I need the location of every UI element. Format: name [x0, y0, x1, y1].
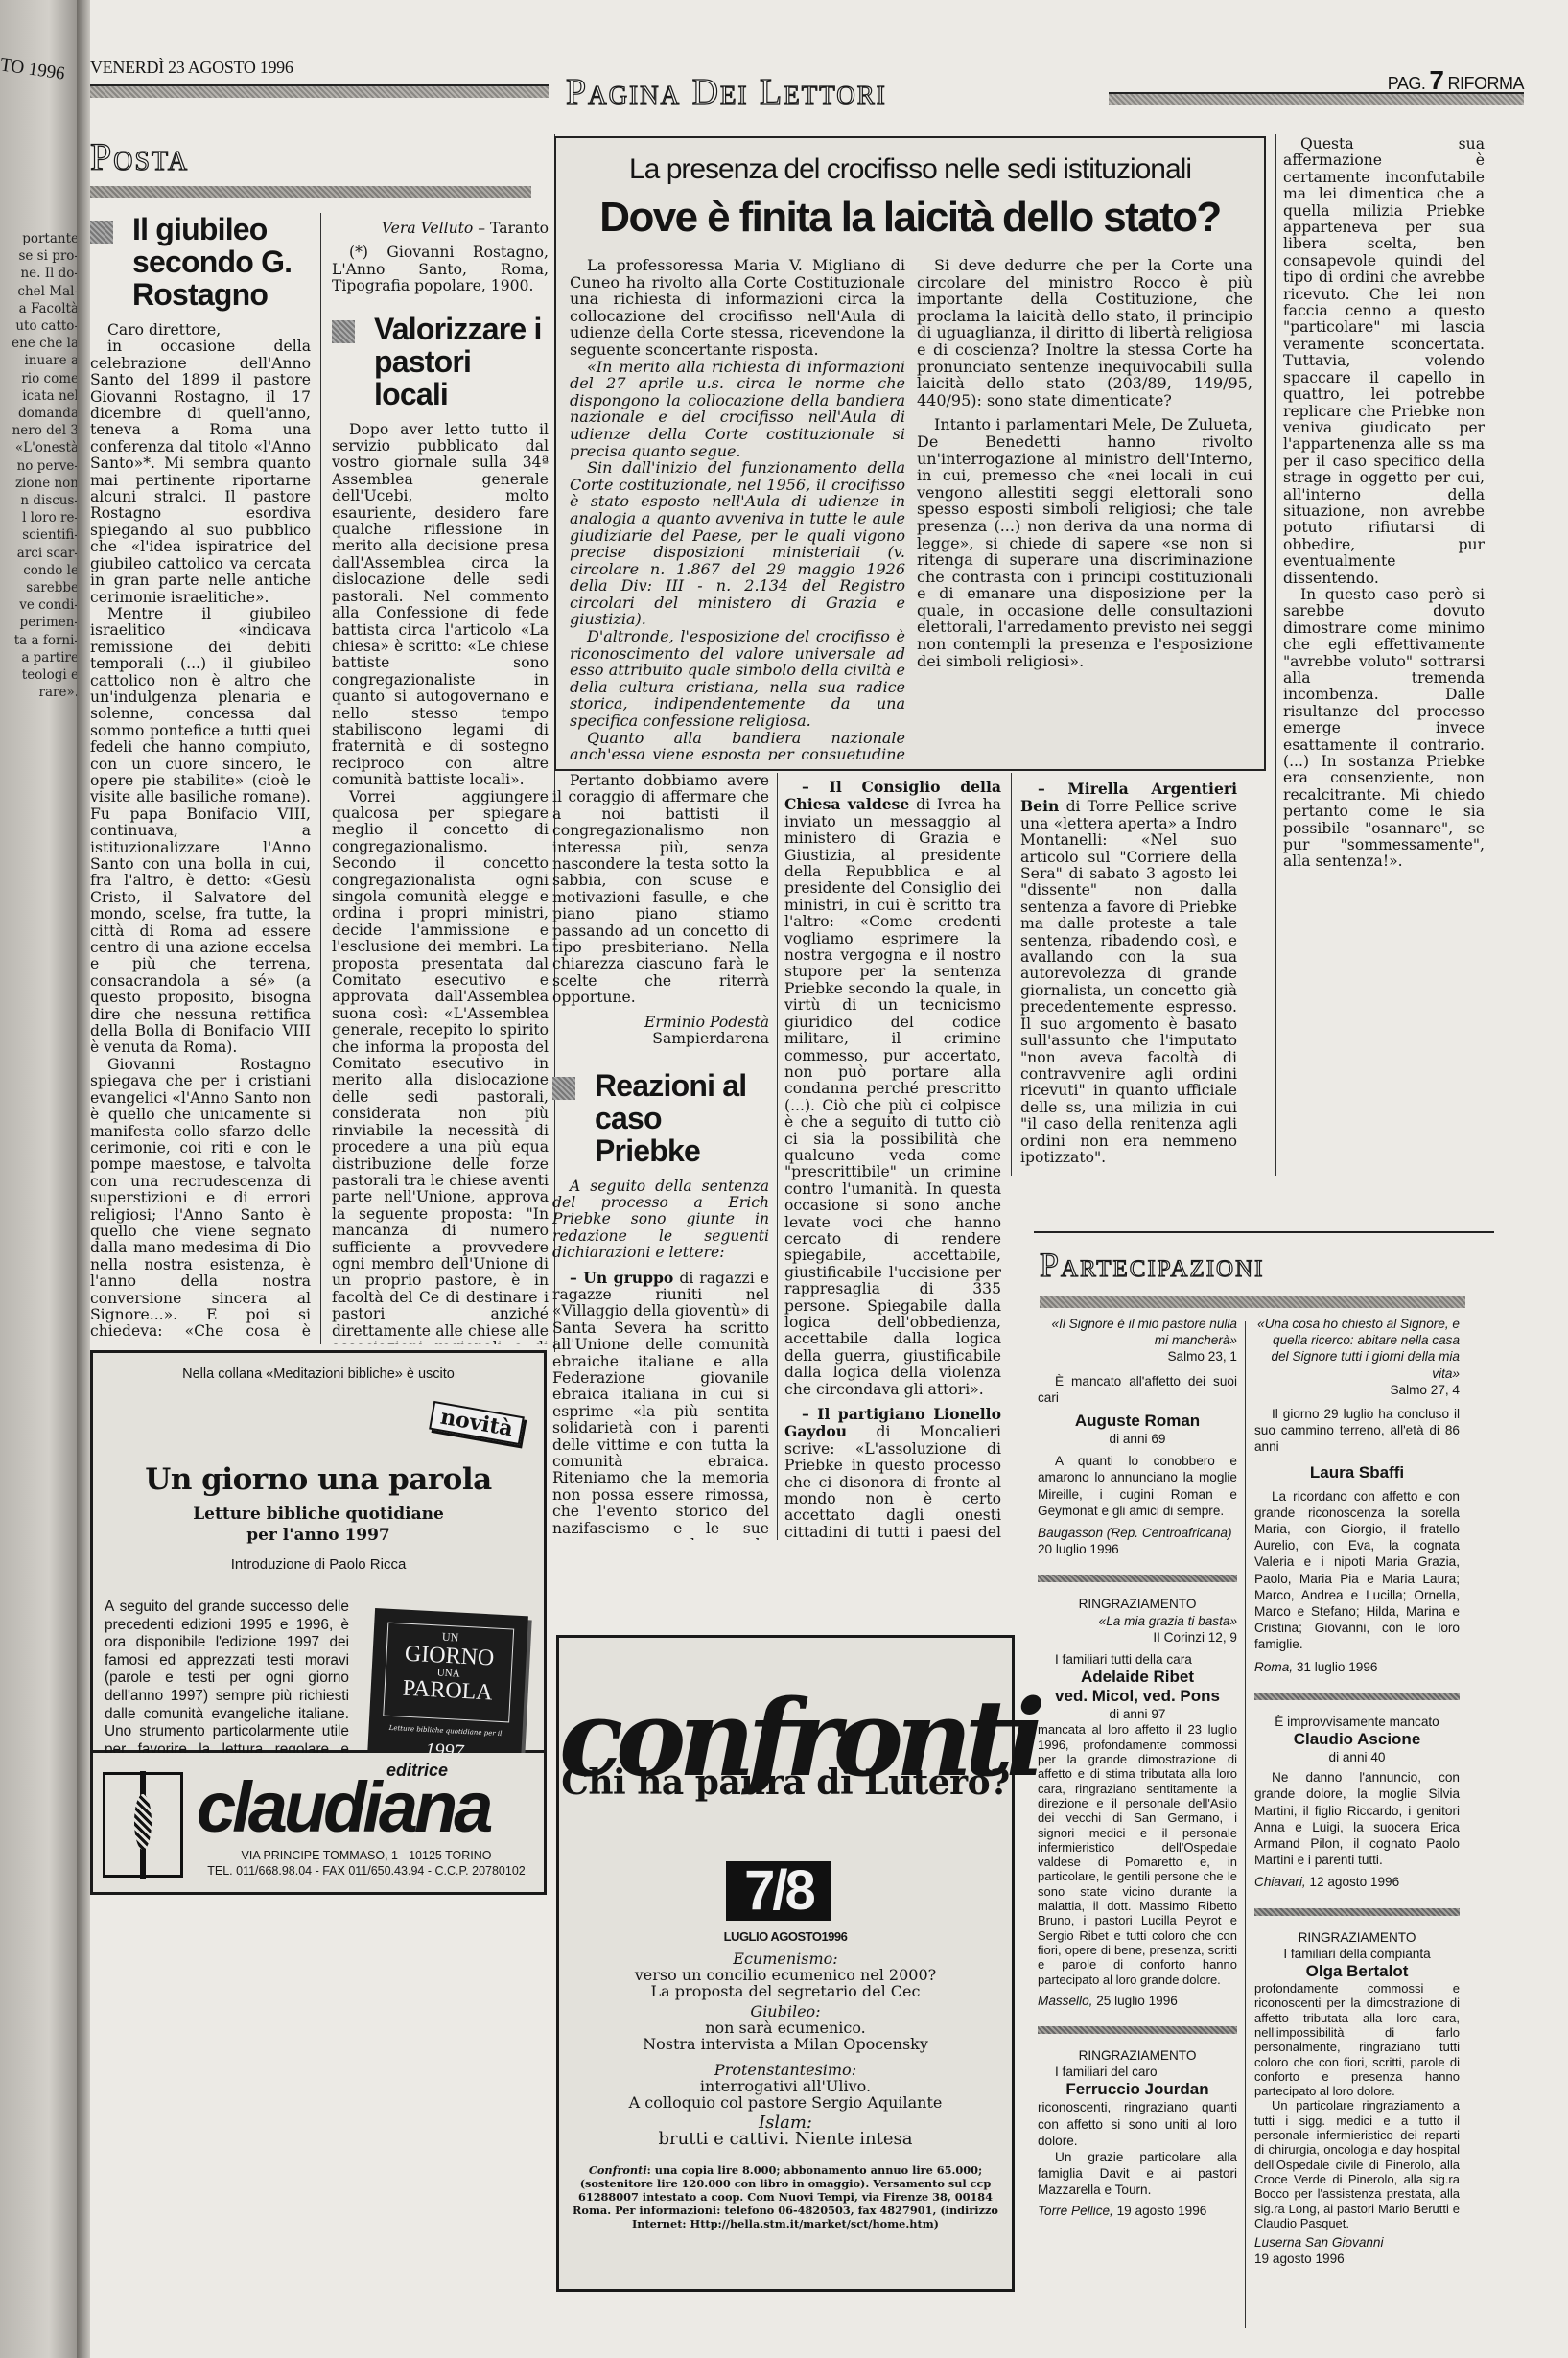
page-section-title: Pagina Dei Lettori	[566, 71, 887, 113]
column-divider	[1275, 134, 1276, 1176]
notice-divider	[1038, 2026, 1237, 2034]
column-divider	[1245, 1321, 1246, 2328]
feature-kicker: La presenza del crocifisso nelle sedi is…	[556, 153, 1264, 186]
section-divider	[1034, 1231, 1494, 1233]
notice-place: Luserna San Giovanni	[1254, 2234, 1460, 2251]
confronti-advertisement-lower: Protenstantesimo: interrogativi all'Uliv…	[556, 2062, 1015, 2292]
letter-headline: Il giubileo secondo G. Rostagno	[90, 213, 311, 311]
square-bullet-icon	[332, 320, 355, 343]
notice-name: Ferruccio Jourdan	[1038, 2080, 1237, 2099]
priebke-item: – Mirella Argentieri Bein di Torre Pelli…	[1020, 781, 1237, 1166]
partecipazioni-rule	[1040, 1296, 1465, 1308]
posta-rule	[90, 186, 531, 198]
ad-intro: Nella collana «Meditazioni bibliche» è u…	[93, 1366, 544, 1382]
letter-paragraph: Pertanto dobbiamo avere il coraggio di a…	[552, 773, 769, 1007]
priebke-continuation: Questa sua affermazione è certamente inc…	[1283, 136, 1485, 587]
letter-headline: Valorizzare i pastori locali	[332, 313, 549, 410]
notice-quote: «Il Signore è il mio pastore nulla mi ma…	[1038, 1316, 1237, 1348]
priebke-column-1: Pertanto dobbiamo avere il coraggio di a…	[552, 773, 769, 1540]
notice-name: Olga Bertalot	[1254, 1962, 1460, 1981]
priebke-intro: A seguito della sentenza del processo a …	[552, 1179, 769, 1262]
notice-text: riconoscenti, ringraziano quanti con aff…	[1038, 2099, 1237, 2149]
letter-signature: Erminio PodestàSampierdarena	[552, 1015, 769, 1048]
notice-place: Baugasson (Rep. Centroafricana)	[1038, 1525, 1237, 1541]
newspaper-page: VENERDÌ 23 AGOSTO 1996 Pagina Dei Lettor…	[90, 0, 1568, 2358]
page-tag: PAG.7RIFORMA	[1388, 65, 1524, 96]
letter-salutation: Caro direttore,	[90, 322, 311, 339]
previous-page-date: TO 1996	[0, 55, 66, 84]
notice-heading: RINGRAZIAMENTO	[1038, 1596, 1237, 1612]
notice-quote: «Una cosa ho chiesto al Signore, e quell…	[1254, 1316, 1460, 1382]
notice-heading: RINGRAZIAMENTO	[1038, 2047, 1237, 2064]
letter-signature: Vera Velluto – Taranto	[332, 221, 549, 237]
notice-lead: Il giorno 29 luglio ha concluso il suo c…	[1254, 1406, 1460, 1456]
feature-article-box: La presenza del crocifisso nelle sedi is…	[554, 136, 1266, 771]
notice-date: 19 agosto 1996	[1254, 2251, 1460, 2267]
partecipazioni-column-left: «Il Signore è il mio pastore nulla mi ma…	[1038, 1316, 1237, 2219]
publisher-address: VIA PRINCIPE TOMMASO, 1 - 10125 TORINO	[189, 1849, 544, 1862]
notice-text: A quanti lo conobbero e amarono lo annun…	[1038, 1453, 1237, 1519]
notice-lead: È improvvisamente mancato	[1254, 1714, 1460, 1730]
previous-page-edge: TO 1996 portante se si pro- ne. Il do- c…	[0, 0, 82, 2358]
feature-headline: Dove è finita la laicità dello stato?	[556, 194, 1264, 242]
wheat-logo-icon	[103, 1772, 183, 1878]
notice-divider	[1254, 1693, 1460, 1700]
notice-age: di anni 69	[1038, 1431, 1237, 1447]
confronti-subscription-info: Confronti: una copia lire 8.000; abbonam…	[565, 2163, 1006, 2230]
feature-column-2: Si deve dedurre che per la Corte una cir…	[917, 257, 1252, 760]
publisher-logo: claudiana	[197, 1766, 489, 1848]
partecipazioni-column-right: «Una cosa ho chiesto al Signore, e quell…	[1254, 1316, 1460, 2268]
issue-date: LUGLIO AGOSTO1996	[559, 1929, 1012, 1944]
notice-ref: Salmo 27, 4	[1254, 1382, 1460, 1398]
notice-heading: RINGRAZIAMENTO	[1254, 1929, 1460, 1946]
notice-age: di anni 40	[1254, 1749, 1460, 1765]
novita-badge: novità	[429, 1401, 525, 1445]
feature-quote-paragraph: D'altronde, l'esposizione del crocifisso…	[570, 628, 905, 730]
notice-text: Ne danno l'annuncio, con grande dolore, …	[1254, 1769, 1460, 1868]
notice-lead: I familiari del caro	[1038, 2064, 1237, 2080]
letter-paragraph: in occasione della celebrazione dell'Ann…	[90, 339, 311, 606]
posta-column-2: Vera Velluto – Taranto (*) Giovanni Rost…	[332, 213, 549, 1344]
issue-date: VENERDÌ 23 AGOSTO 1996	[90, 58, 293, 78]
notice-text: Un grazie particolare alla famiglia Davi…	[1038, 2149, 1237, 2199]
claudiana-footer: editrice claudiana VIA PRINCIPE TOMMASO,…	[90, 1753, 547, 1895]
column-divider	[1011, 773, 1012, 1176]
priebke-item: – Un gruppo di ragazzi e ragazze riuniti…	[552, 1270, 769, 1540]
issue-number-badge: 7/8	[726, 1861, 831, 1921]
notice-text: mancata al loro affetto il 23 luglio 199…	[1038, 1722, 1237, 1986]
feature-quote-paragraph: Sin dall'inizio del funzionamento della …	[570, 459, 905, 628]
ad-introduction: Introduzione di Paolo Ricca	[93, 1556, 544, 1573]
letter-paragraph: Mentre il giubileo israelitico «indicava…	[90, 606, 311, 1057]
notice-name-secondary: ved. Micol, ved. Pons	[1038, 1687, 1237, 1706]
ad-book-subtitle-1: Letture bibliche quotidiane	[93, 1505, 544, 1524]
notice-ref: Salmo 23, 1	[1038, 1348, 1237, 1365]
priebke-column-3: – Mirella Argentieri Bein di Torre Pelli…	[1020, 773, 1237, 1176]
notice-divider	[1038, 1575, 1237, 1582]
feature-quote-paragraph: Quanto alla bandiera nazionale anch'essa…	[570, 730, 905, 760]
page-gutter	[77, 0, 90, 2358]
confronti-advertisement[interactable]: confronti Chi ha paura di Lutero? 7/8 LU…	[556, 1635, 1015, 2065]
confronti-topics: Ecumenismo: verso un concilio ecumenico …	[559, 1950, 1012, 2052]
feature-quote-paragraph: «In merito alla richiesta di informazion…	[570, 359, 905, 460]
page-number: 7	[1429, 65, 1443, 95]
letter-paragraph: Vorrei aggiungere qualcosa per spiegare …	[332, 789, 549, 1344]
notice-divider	[1254, 1908, 1460, 1916]
publication-name: RIFORMA	[1448, 74, 1525, 93]
feature-paragraph: Si deve dedurre che per la Corte una cir…	[917, 257, 1252, 409]
letter-footnote: (*) Giovanni Rostagno, L'Anno Santo, Rom…	[332, 245, 549, 294]
priebke-item: – Il partigiano Lionello Gaydou di Monca…	[784, 1406, 1001, 1540]
notice-date: 20 luglio 1996	[1038, 1541, 1237, 1557]
square-bullet-icon	[90, 221, 113, 244]
ad-book-subtitle-2: per l'anno 1997	[93, 1526, 544, 1545]
notice-quote: «La mia grazia ti basta»	[1038, 1613, 1237, 1629]
notice-name: Claudio Ascione	[1254, 1730, 1460, 1749]
posta-column-1: Il giubileo secondo G. Rostagno Caro dir…	[90, 211, 311, 1342]
posta-title: Posta	[90, 134, 189, 179]
publisher-contacts: TEL. 011/668.98.04 - FAX 011/650.43.94 -…	[189, 1864, 544, 1878]
square-bullet-icon	[552, 1077, 575, 1100]
notice-ref: II Corinzi 12, 9	[1038, 1629, 1237, 1646]
letter-paragraph: Dopo aver letto tutto il servizio pubbli…	[332, 422, 549, 789]
header-rule-left	[90, 84, 549, 98]
notice-name: Laura Sbaffi	[1254, 1463, 1460, 1483]
notice-age: di anni 97	[1038, 1706, 1237, 1722]
priebke-column-2: – Il Consiglio della Chiesa valdese di I…	[784, 773, 1001, 1540]
feature-paragraph: Intanto i parlamentari Mele, De Zulueta,…	[917, 416, 1252, 669]
notice-text: La ricordano con affetto e con grande ri…	[1254, 1488, 1460, 1653]
confronti-headline: Chi ha paura di Lutero?	[559, 1763, 1012, 1803]
notice-name: Adelaide Ribet	[1038, 1668, 1237, 1687]
priebke-headline: Reazioni al caso Priebke	[552, 1069, 769, 1167]
letter-paragraph: Giovanni Rostagno spiegava che per i cri…	[90, 1057, 311, 1342]
partecipazioni-title: Partecipazioni	[1040, 1245, 1264, 1285]
feature-paragraph: La professoressa Maria V. Migliano di Cu…	[570, 257, 905, 359]
feature-column-1: La professoressa Maria V. Migliano di Cu…	[570, 257, 905, 760]
claudiana-advertisement[interactable]: Nella collana «Meditazioni bibliche» è u…	[90, 1350, 547, 1753]
notice-text: Un particolare ringraziamento a tutti i …	[1254, 2098, 1460, 2230]
notice-lead: È mancato all'affetto dei suoi cari	[1038, 1373, 1237, 1406]
notice-lead: I familiari tutti della cara	[1038, 1651, 1237, 1668]
notice-text: profondamente commossi e riconoscenti pe…	[1254, 1981, 1460, 2098]
priebke-column-4: Questa sua affermazione è certamente inc…	[1283, 136, 1485, 1181]
priebke-continuation: In questo caso però si sarebbe dovuto di…	[1283, 587, 1485, 871]
ad-book-title: Un giorno una parola	[93, 1462, 544, 1497]
page-label: PAG.	[1388, 74, 1426, 93]
priebke-item: – Il Consiglio della Chiesa valdese di I…	[784, 779, 1001, 1398]
column-divider	[777, 773, 778, 1540]
column-divider	[320, 213, 321, 1344]
notice-name: Auguste Roman	[1038, 1412, 1237, 1431]
previous-page-text: portante se si pro- ne. Il do- chel Mal-…	[2, 230, 79, 701]
notice-lead: I familiari della compianta	[1254, 1946, 1460, 1962]
